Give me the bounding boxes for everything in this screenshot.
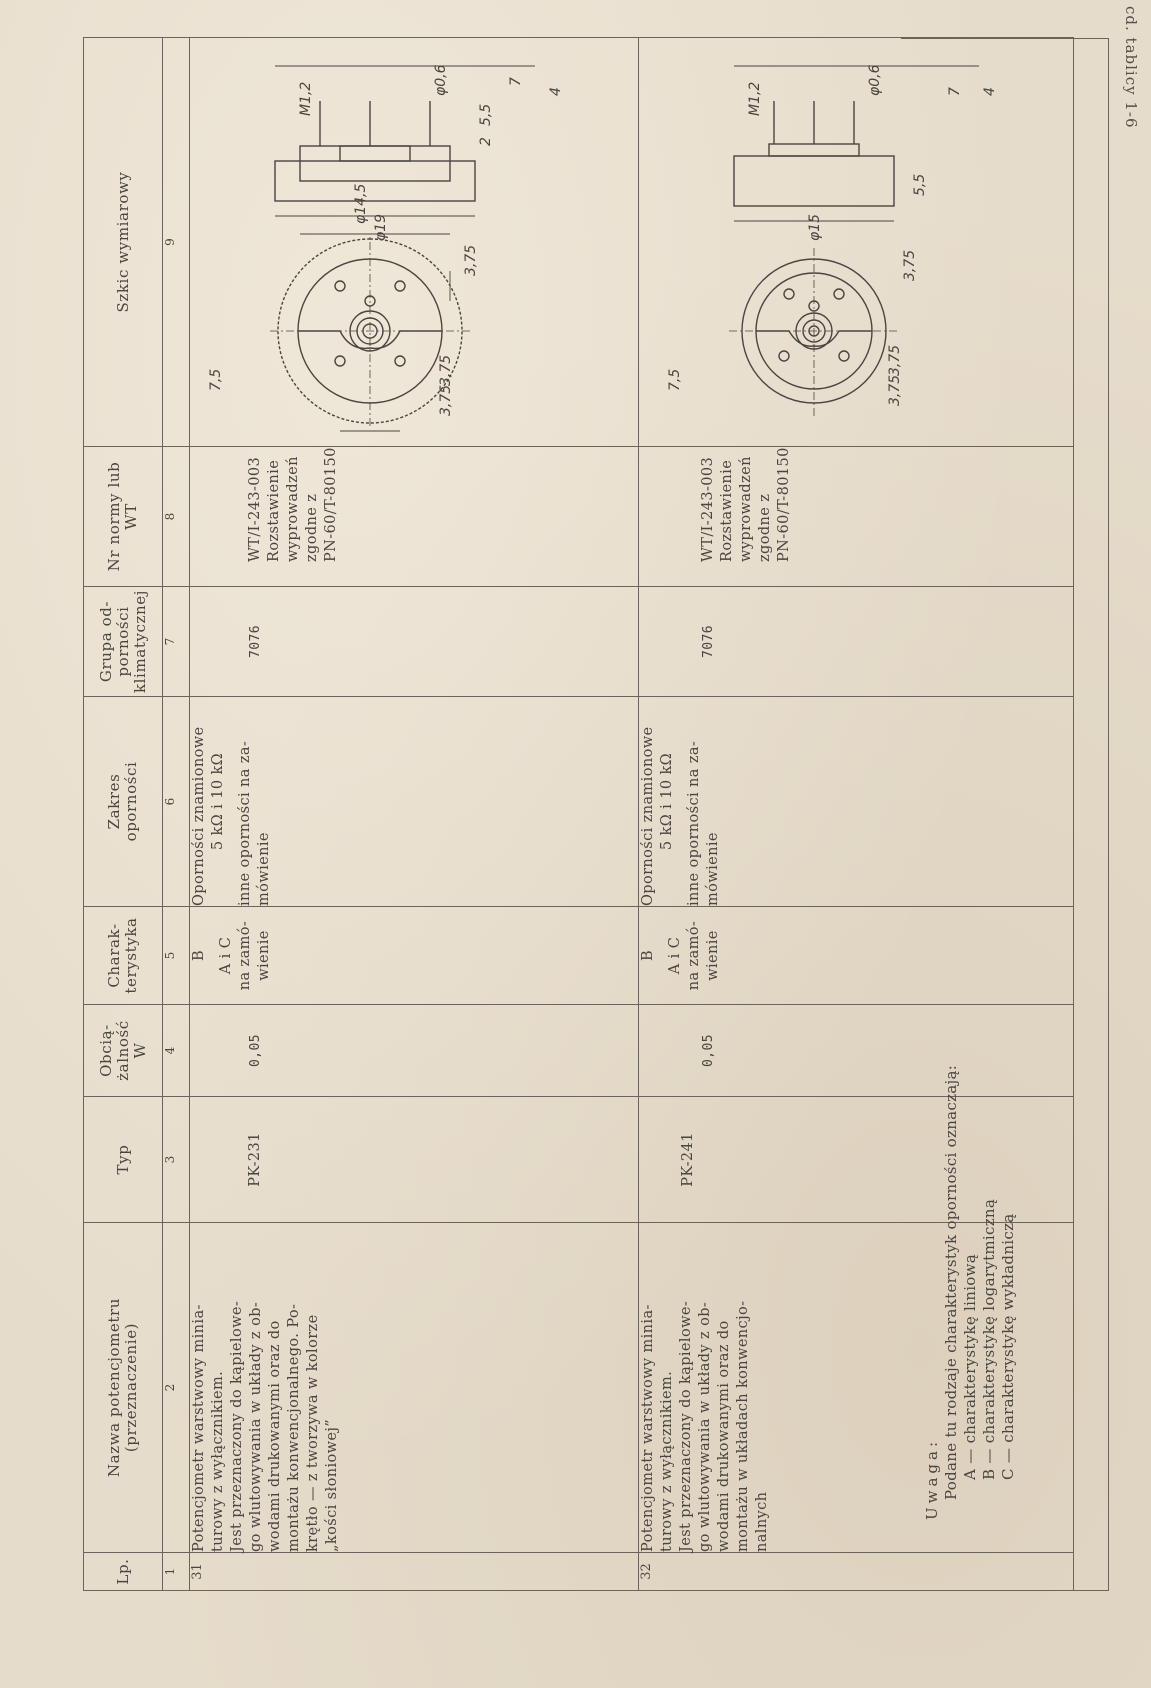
svg-text:φ19: φ19: [373, 214, 389, 241]
column-number: 7: [163, 587, 190, 697]
column-number: 8: [163, 447, 190, 587]
note-title: Uwaga:: [923, 1065, 942, 1520]
row-sketch: 7,5 3,75 3,75 3,75 φ19 φ14,5 M1,2 φ0,6 2…: [190, 38, 639, 447]
header-typ: Typ: [84, 1097, 163, 1223]
svg-text:M1,2: M1,2: [298, 82, 314, 116]
header-grupa: Grupa od-pornościklimatycznej: [84, 587, 163, 697]
row-typ: PK-231: [190, 1097, 639, 1223]
column-number: 3: [163, 1097, 190, 1223]
row-nazwa: Potencjometr warstwowy minia-turowy z wy…: [190, 1223, 639, 1553]
column-number: 4: [163, 1005, 190, 1097]
note-item-b: B — charakterystykę logarytmiczną: [980, 1065, 999, 1520]
svg-text:7,5: 7,5: [208, 369, 224, 391]
svg-text:5,5: 5,5: [478, 104, 494, 126]
column-number: 5: [163, 907, 190, 1005]
row-lp: 31: [190, 1553, 639, 1591]
rotated-table-sheet: Lp. Nazwa potencjometru(przeznaczenie) T…: [83, 38, 1109, 1591]
column-number: 9: [163, 38, 190, 447]
svg-text:φ0,6: φ0,6: [433, 64, 449, 96]
note-item-c: C — charakterystykę wykładniczą: [999, 1065, 1018, 1520]
row-charakterystyka: BA i Cna zamó-wienie: [190, 907, 639, 1005]
row-zakres: Oporności znamionowe5 kΩ i 10 kΩinne opo…: [190, 697, 639, 907]
svg-text:3,75: 3,75: [463, 245, 479, 276]
continuation-label: cd. tablicy 1-6: [1122, 6, 1140, 129]
header-szkic: Szkic wymiarowy: [84, 38, 163, 447]
column-number-row: 1 2 3 4 5 6 7 8 9: [163, 38, 190, 1591]
table-row: 31 Potencjometr warstwowy minia-turowy z…: [190, 38, 639, 1591]
svg-text:3,75: 3,75: [438, 385, 454, 416]
column-number: 2: [163, 1223, 190, 1553]
row-obciaznosc: 0,05: [190, 1005, 639, 1097]
svg-text:φ0,6: φ0,6: [867, 64, 883, 96]
svg-text:3,75: 3,75: [438, 355, 454, 386]
column-number: 6: [163, 697, 190, 907]
header-row: Lp. Nazwa potencjometru(przeznaczenie) T…: [84, 38, 163, 1591]
row-norma: WT/I-243-003Rozstawieniewyprowadzeńzgodn…: [190, 447, 639, 587]
svg-text:φ14,5: φ14,5: [353, 184, 369, 225]
note-item-a: A — charakterystykę liniową: [961, 1065, 980, 1520]
header-nazwa: Nazwa potencjometru(przeznaczenie): [84, 1223, 163, 1553]
header-zakres: Zakresoporności: [84, 697, 163, 907]
note-section: Uwaga: Podane tu rodzaje charakterystyk …: [901, 38, 1109, 1591]
svg-text:4: 4: [548, 87, 564, 96]
column-number: 1: [163, 1553, 190, 1591]
note: Uwaga: Podane tu rodzaje charakterystyk …: [923, 1065, 1018, 1520]
dimension-sketch-pk231: 7,5 3,75 3,75 3,75 φ19 φ14,5 M1,2 φ0,6 2…: [190, 38, 638, 446]
svg-text:2: 2: [478, 137, 494, 146]
row-grupa: 7076: [190, 587, 639, 697]
header-obciaznosc: Obcią-żalnośćW: [84, 1005, 163, 1097]
header-charakterystyka: Charak-terystyka: [84, 907, 163, 1005]
header-lp: Lp.: [84, 1553, 163, 1591]
header-norma: Nr normy lubWT: [84, 447, 163, 587]
svg-text:7,5: 7,5: [667, 369, 683, 391]
svg-text:φ15: φ15: [807, 214, 823, 241]
note-intro: Podane tu rodzaje charakterystyk opornoś…: [942, 1065, 961, 1520]
svg-text:7: 7: [508, 77, 524, 86]
svg-text:M1,2: M1,2: [747, 82, 763, 116]
potentiometer-drawing-icon: 7,5 3,75 3,75 3,75 φ19 φ14,5 M1,2 φ0,6 2…: [190, 37, 582, 446]
